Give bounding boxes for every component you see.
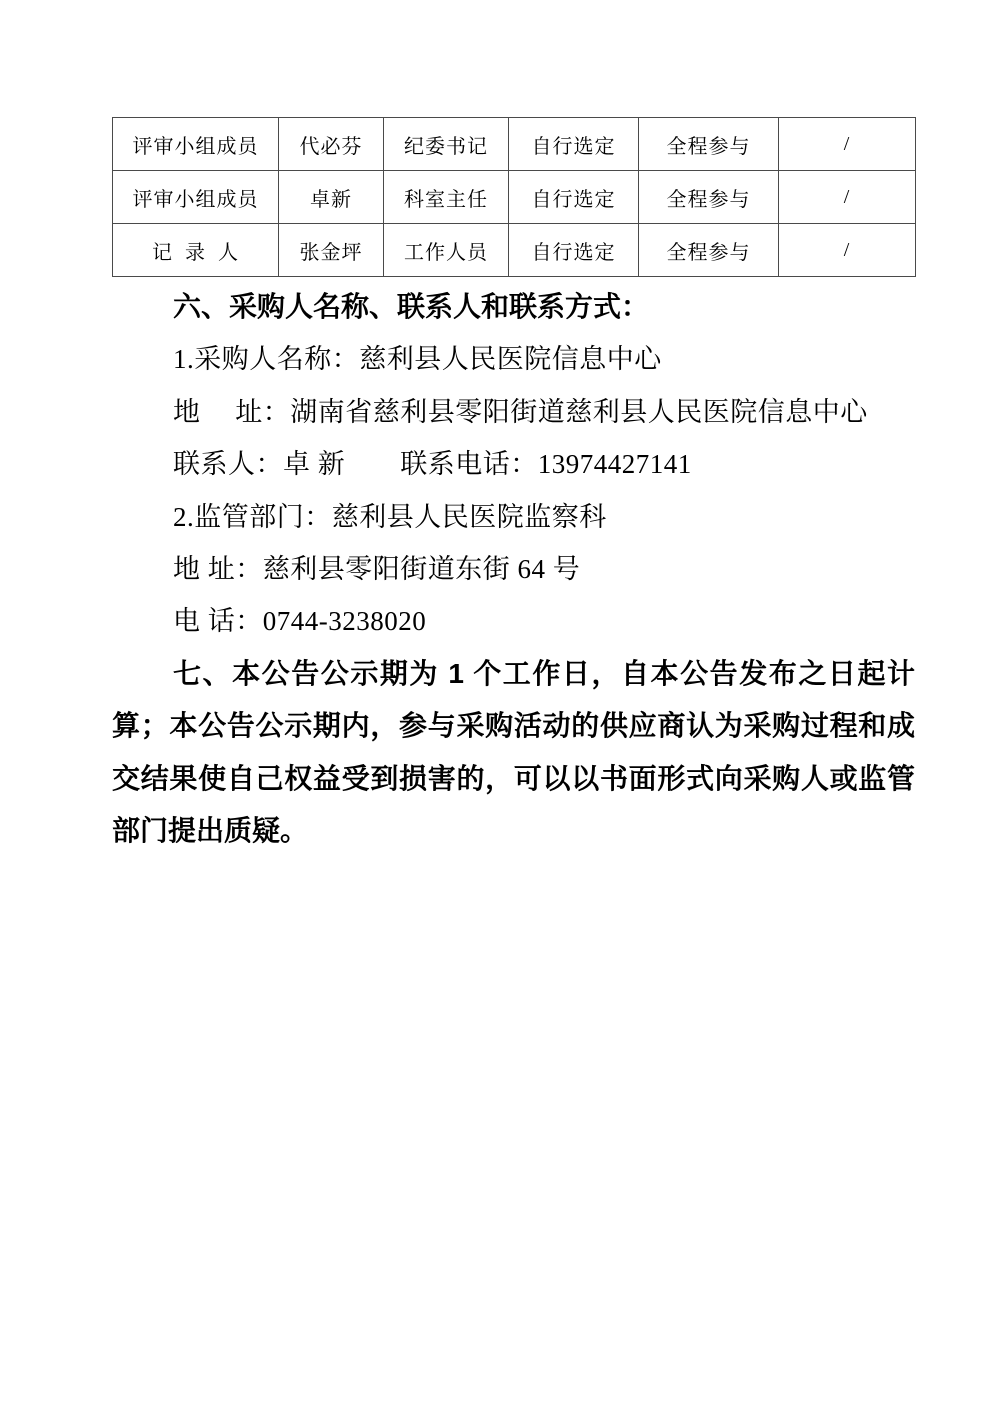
table-cell-remark: / [779,224,916,277]
table-cell-role: 评审小组成员 [113,118,279,171]
section-seven-paragraph: 七、本公告公示期为 1 个工作日，自本公告发布之日起计算；本公告公示期内，参与采… [112,648,915,858]
table-cell-participation: 全程参与 [639,118,779,171]
table-cell-selection: 自行选定 [509,224,639,277]
purchaser-name-line: 1.采购人名称：慈利县人民医院信息中心 [112,333,915,385]
table-cell-role: 评审小组成员 [113,171,279,224]
table-cell-remark: / [779,118,916,171]
table-cell-remark: / [779,171,916,224]
table-cell-title: 科室主任 [384,171,509,224]
document-page: 评审小组成员 代必芬 纪委书记 自行选定 全程参与 / 评审小组成员 卓新 科室… [0,0,1000,1415]
table-cell-name: 卓新 [279,171,384,224]
text-block: 六、采购人名称、联系人和联系方式： 1.采购人名称：慈利县人民医院信息中心 地 … [112,281,915,857]
table-cell-participation: 全程参与 [639,171,779,224]
table-row: 评审小组成员 代必芬 纪委书记 自行选定 全程参与 / [113,118,916,171]
table-cell-participation: 全程参与 [639,224,779,277]
purchaser-contact-line: 联系人：卓 新 联系电话：13974427141 [112,438,915,490]
table-row: 记 录 人 张金坪 工作人员 自行选定 全程参与 / [113,224,916,277]
table-cell-title: 工作人员 [384,224,509,277]
table-cell-name: 张金坪 [279,224,384,277]
table-cell-selection: 自行选定 [509,118,639,171]
table-cell-role: 记 录 人 [113,224,279,277]
purchaser-address-line: 地 址：湖南省慈利县零阳街道慈利县人民医院信息中心 [112,386,915,438]
supervisor-phone-line: 电 话：0744-3238020 [112,595,915,647]
supervisor-name-line: 2.监管部门：慈利县人民医院监察科 [112,491,915,543]
table-cell-title: 纪委书记 [384,118,509,171]
section-six-heading: 六、采购人名称、联系人和联系方式： [112,281,915,333]
review-committee-table: 评审小组成员 代必芬 纪委书记 自行选定 全程参与 / 评审小组成员 卓新 科室… [112,117,916,277]
table-cell-selection: 自行选定 [509,171,639,224]
table-row: 评审小组成员 卓新 科室主任 自行选定 全程参与 / [113,171,916,224]
table-cell-name: 代必芬 [279,118,384,171]
supervisor-address-line: 地 址：慈利县零阳街道东街 64 号 [112,543,915,595]
